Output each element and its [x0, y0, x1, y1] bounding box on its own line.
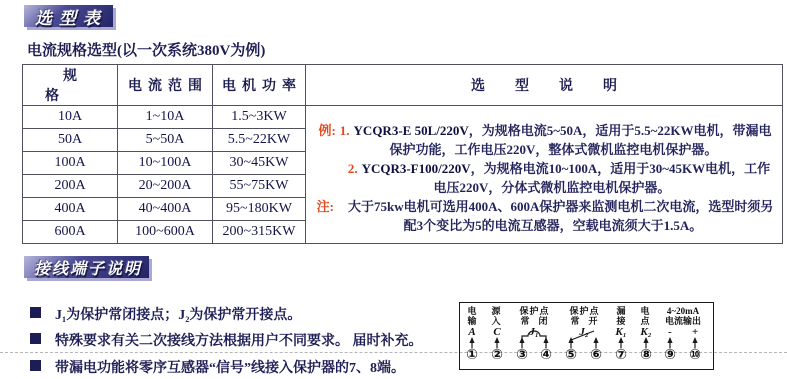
square-bullet-icon	[30, 307, 41, 318]
terminal-circle-10: ⑩	[689, 347, 701, 363]
spec-value: 200A	[23, 175, 118, 198]
note-prefix: 注:	[317, 199, 334, 214]
motor-power-value: 5.5~22KW	[213, 129, 306, 152]
note-number: 1.	[340, 123, 350, 138]
terminal-circle-4: ④	[540, 347, 552, 363]
terminal-letter-plus: +	[692, 326, 698, 338]
terminal-letter-K2: K₂	[640, 326, 651, 338]
table-header-row: 规格 电流范围 电机功率 选型说明	[23, 65, 783, 106]
terminal-letter-J1: J₁	[529, 326, 538, 338]
note-example-1: 例:1.YCQR3-E 50L/220V，为规格电流5~50A，适用于5.5~2…	[314, 121, 776, 159]
terminal-circle-5: ⑤	[565, 347, 577, 363]
datasheet-page: 选型表 电流规格选型(以一次系统380V为例) 规格 电流范围 电机功率 选型说…	[0, 0, 787, 379]
current-range-value: 5~50A	[118, 129, 213, 152]
square-bullet-icon	[30, 333, 41, 344]
col-header-motor-power: 电机功率	[213, 65, 306, 106]
bullet-text: J₁为保护常闭接点；J₂为保护常开接点。	[55, 304, 301, 324]
group-label-power-input: 电源 输入	[452, 306, 515, 326]
terminal-letter-K1: K₁	[615, 326, 626, 338]
table-subtitle: 电流规格选型(以一次系统380V为例)	[27, 39, 265, 60]
note-example-2: 2.YCQR3-F100/220V，为规格电流10~100A，适用于30~45K…	[314, 159, 776, 197]
section-title-bar-terminals: 接线端子说明	[24, 256, 149, 278]
bullet-text: 带漏电功能将零序互感器“信号”线接入保护器的7、8端。	[55, 357, 405, 377]
bullet-item: 特殊要求有关二次接线方法根据用户不同要求。 届时补充。	[30, 330, 423, 350]
bullet-item: J₁为保护常闭接点；J₂为保护常开接点。	[30, 304, 301, 324]
current-range-value: 40~400A	[118, 198, 213, 221]
col-header-spec: 规格	[23, 65, 118, 106]
square-bullet-icon	[30, 360, 41, 371]
terminal-circle-3: ③	[516, 347, 528, 363]
terminal-letter-J2: J₂	[579, 326, 588, 338]
model-number: YCQR3-F100/220V	[362, 161, 471, 176]
group-label-nc-contact: 保护点 常闭	[511, 306, 556, 326]
current-range-value: 100~600A	[118, 221, 213, 244]
motor-power-value: 95~180KW	[213, 198, 306, 221]
current-range-value: 10~100A	[118, 152, 213, 175]
motor-power-value: 55~75KW	[213, 175, 306, 198]
terminal-diagram: 电源 输入 保护点 常闭 保护点 常开 漏电 接点 4~20mA 电流输出 A …	[459, 302, 714, 370]
terminal-circle-9: ⑨	[664, 347, 676, 363]
terminal-letter-minus: -	[668, 326, 672, 338]
group-label-no-contact: 保护点 常开	[561, 306, 606, 326]
spec-value: 100A	[23, 152, 118, 175]
section-title-bar-selection: 选型表	[24, 5, 113, 27]
spec-value: 50A	[23, 129, 118, 152]
terminal-circle-6: ⑥	[590, 347, 602, 363]
current-range-value: 1~10A	[118, 106, 213, 129]
model-number: YCQR3-E 50L/220V	[354, 123, 469, 138]
group-label-current-output: 4~20mA 电流输出	[665, 306, 701, 326]
note-caution: 注:大于75kw电机可选用400A、600A保护器来监测电机二次电流，选型时须另…	[314, 197, 776, 235]
spec-table: 规格 电流范围 电机功率 选型说明 10A 1~10A 1.5~3KW 例:1.…	[22, 64, 783, 244]
selection-notes-cell: 例:1.YCQR3-E 50L/220V，为规格电流5~50A，适用于5.5~2…	[306, 106, 783, 244]
note-text: ，为规格电流10~100A，适用于30~45KW电机，工作电压220V，分体式微…	[434, 161, 771, 195]
section-title-selection: 选型表	[35, 4, 107, 29]
note-text: 大于75kw电机可选用400A、600A保护器来监测电机二次电流，选型时须另配3…	[348, 199, 773, 233]
terminal-circle-2: ②	[491, 347, 503, 363]
terminal-letter-A: A	[468, 326, 475, 338]
col-header-selection-notes: 选型说明	[306, 65, 783, 106]
note-number: 2.	[348, 161, 358, 176]
group-label-leakage-contact: 漏电 接点	[601, 306, 664, 326]
terminal-circle-1: ①	[466, 347, 478, 363]
spec-value: 600A	[23, 221, 118, 244]
terminal-circle-8: ⑧	[640, 347, 652, 363]
table-row: 10A 1~10A 1.5~3KW 例:1.YCQR3-E 50L/220V，为…	[23, 106, 783, 129]
section-title-terminals: 接线端子说明	[34, 256, 142, 279]
spec-value: 10A	[23, 106, 118, 129]
terminal-circle-7: ⑦	[615, 347, 627, 363]
selection-notes: 例:1.YCQR3-E 50L/220V，为规格电流5~50A，适用于5.5~2…	[306, 115, 782, 235]
current-range-value: 20~200A	[118, 175, 213, 198]
motor-power-value: 1.5~3KW	[213, 106, 306, 129]
col-header-current-range: 电流范围	[118, 65, 213, 106]
bullet-text: 特殊要求有关二次接线方法根据用户不同要求。 届时补充。	[55, 330, 423, 350]
motor-power-value: 200~315KW	[213, 221, 306, 244]
bullet-item: 带漏电功能将零序互感器“信号”线接入保护器的7、8端。	[30, 357, 405, 377]
note-prefix: 例:	[318, 123, 335, 138]
spec-value: 400A	[23, 198, 118, 221]
motor-power-value: 30~45KW	[213, 152, 306, 175]
terminal-letter-C: C	[493, 326, 500, 338]
